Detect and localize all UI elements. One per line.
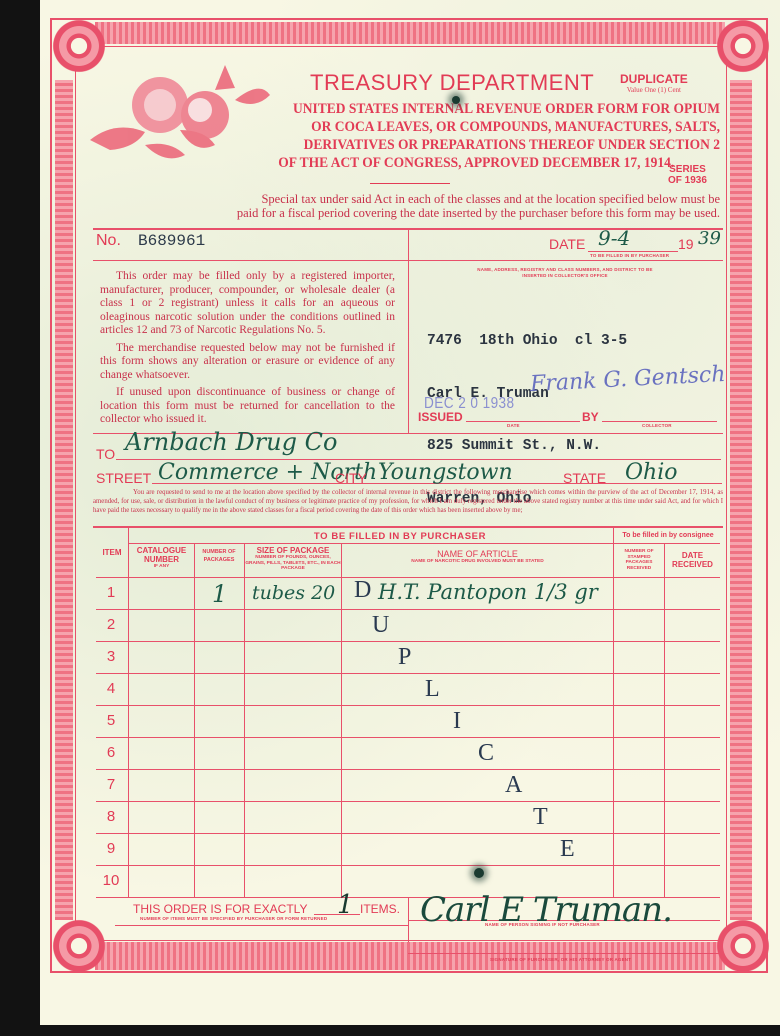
table-line [96, 641, 720, 642]
poppy-engraving-icon [85, 60, 275, 170]
duplicate-overprint-letter: D [354, 577, 371, 604]
table-line [96, 769, 720, 770]
table-line [96, 705, 720, 706]
row-number: 10 [96, 872, 126, 889]
year-field[interactable]: 39 [698, 228, 721, 249]
duplicate-overprint-letter: U [372, 612, 389, 639]
duplicate-overprint-letter: E [560, 836, 575, 863]
table-line [96, 833, 720, 834]
row-number: 9 [96, 840, 126, 857]
table-line [96, 801, 720, 802]
city-field[interactable]: Youngstown [378, 460, 513, 485]
table-line [244, 543, 245, 898]
request-text: You are requested to send to me at the l… [93, 489, 723, 514]
title-divider [370, 183, 450, 184]
table-line [128, 543, 613, 544]
divider [115, 925, 408, 926]
column-title: NAME OF ARTICLE [342, 550, 613, 559]
items-count-field[interactable]: 1 [337, 890, 354, 920]
divider [408, 228, 409, 433]
column-header-size: SIZE OF PACKAGENUMBER OF POUNDS, OUNCES,… [245, 546, 341, 572]
row-number: 6 [96, 744, 126, 761]
border-bottom-ornament [95, 942, 725, 970]
items-label: ITEMS. [360, 902, 400, 916]
duplicate-overprint-letter: A [505, 772, 522, 799]
column-subtitle: NAME OF NARCOTIC DRUG INVOLVED MUST BE S… [342, 559, 613, 565]
instruction-paragraph: If unused upon discontinuance of busines… [100, 386, 395, 427]
table-line [96, 609, 720, 610]
column-header-item: ITEM [96, 548, 128, 557]
column-title: ITEM [96, 548, 128, 557]
column-header-received: DATE RECEIVED [665, 551, 720, 569]
special-tax-line: Special tax under said Act in each of th… [90, 192, 720, 206]
column-title: CATALOGUE NUMBER [129, 546, 194, 564]
column-subtitle: NUMBER OF STAMPED PACKAGES RECEIVED [615, 549, 663, 571]
table-line [96, 673, 720, 674]
border-top-ornament [95, 22, 725, 44]
city-label: CITY [335, 470, 367, 486]
special-tax-note: Special tax under said Act in each of th… [90, 192, 720, 220]
row-number: 4 [96, 680, 126, 697]
duplicate-overprint-letter: C [478, 740, 494, 767]
duplicate-overprint-letter: P [398, 644, 411, 671]
instructions: This order may be filled only by a regis… [100, 270, 395, 431]
date-line [588, 251, 678, 252]
order-number-label: No. [96, 232, 121, 250]
issued-label: ISSUED [418, 410, 463, 424]
subtitle-line: OR COCA LEAVES, OR COMPOUNDS, MANUFACTUR… [274, 118, 720, 136]
corner-shell-ornament-icon [712, 915, 774, 977]
row-number: 3 [96, 648, 126, 665]
state-label: STATE [563, 470, 606, 486]
row-number: 8 [96, 808, 126, 825]
value-note: Value One (1) Cent [620, 86, 688, 94]
table-line [613, 528, 614, 898]
row-number: 1 [96, 584, 126, 601]
date-note: TO BE FILLED IN BY PURCHASER [590, 253, 669, 258]
registrant-note: NAME, ADDRESS, REGISTRY AND CLASS NUMBER… [450, 267, 680, 279]
row-number: 5 [96, 712, 126, 729]
duplicate-overprint-letter: I [453, 708, 461, 735]
special-tax-line: paid for a fiscal period covering the da… [90, 206, 720, 220]
consignee-section-header: To be filled in by consignee [613, 532, 723, 539]
subtitle-line: DERIVATIVES OR PREPARATIONS THEREOF UNDE… [274, 136, 720, 154]
table-line [664, 543, 665, 898]
packages-field[interactable]: 1 [212, 580, 227, 608]
registrant-street: 825 Summit St., N.W. [427, 438, 627, 456]
form-title: TREASURY DEPARTMENT [310, 70, 594, 96]
row-number: 7 [96, 776, 126, 793]
column-title: NUMBER OF PACKAGES [196, 548, 242, 564]
column-subtitle: NUMBER OF POUNDS, OUNCES, GRAINS, PILLS,… [245, 555, 341, 572]
date-label: DATE [549, 236, 585, 252]
column-title: DATE RECEIVED [665, 551, 720, 569]
street-label: STREET [96, 470, 151, 486]
table-line [613, 543, 720, 544]
instruction-paragraph: The merchandise requested below may not … [100, 342, 395, 383]
column-subtitle: IF ANY [129, 564, 194, 570]
table-line [128, 528, 129, 898]
registry-line: 7476 18th Ohio cl 3-5 [427, 333, 627, 351]
article-field[interactable]: H.T. Pantopon 1/3 gr [378, 580, 598, 604]
to-label: TO [96, 446, 115, 462]
table-line [194, 543, 195, 898]
exactly-note: NUMBER OF ITEMS MUST BE SPECIFIED BY PUR… [140, 916, 327, 921]
instruction-paragraph: This order may be filled only by a regis… [100, 270, 395, 338]
copy-type-block: DUPLICATE Value One (1) Cent [620, 72, 688, 94]
subtitle-line: OF THE ACT OF CONGRESS, APPROVED DECEMBE… [278, 154, 720, 172]
table-line [96, 737, 720, 738]
issued-date-caption: DATE [507, 423, 520, 428]
series-year: OF 1936 [668, 175, 707, 186]
duplicate-overprint-letter: T [533, 804, 548, 831]
signature-note: SIGNATURE OF PURCHASER, OR HIS ATTORNEY … [490, 957, 631, 962]
form-subtitle: UNITED STATES INTERNAL REVENUE ORDER FOR… [274, 100, 720, 172]
purchaser-section-header: TO BE FILLED IN BY PURCHASER [260, 531, 540, 542]
by-label: BY [582, 410, 599, 424]
date-field[interactable]: 9-4 [598, 226, 630, 250]
purchaser-signature[interactable]: Carl E Truman. [420, 890, 672, 930]
order-number: B689961 [138, 232, 205, 250]
border-left-ornament [55, 80, 73, 920]
registrant-note-line: INSERTED IN COLLECTOR'S OFFICE [450, 273, 680, 279]
corner-shell-ornament-icon [712, 15, 774, 77]
border-right-ornament [730, 80, 752, 920]
collector-caption: COLLECTOR [642, 423, 672, 428]
corner-shell-ornament-icon [48, 915, 110, 977]
table-line [96, 577, 720, 578]
subtitle-line: UNITED STATES INTERNAL REVENUE ORDER FOR… [274, 100, 720, 118]
table-line [341, 543, 342, 898]
request-statement: You are requested to send to me at the l… [93, 488, 723, 515]
signature-line [408, 953, 720, 954]
ink-blot [474, 868, 484, 878]
divider [93, 526, 723, 528]
column-header-catalogue: CATALOGUE NUMBERIF ANY [129, 546, 194, 570]
issued-line [466, 421, 580, 422]
state-field[interactable]: Ohio [625, 460, 678, 485]
series-line: SERIES [668, 164, 707, 175]
collector-line [602, 421, 717, 422]
duplicate-overprint-letter: L [425, 676, 440, 703]
series-label: SERIES OF 1936 [668, 164, 707, 186]
column-title: SIZE OF PACKAGE [245, 546, 341, 555]
table-line [96, 865, 720, 866]
copy-type: DUPLICATE [620, 72, 688, 86]
exactly-label: THIS ORDER IS FOR EXACTLY [133, 902, 307, 916]
row-number: 2 [96, 616, 126, 633]
column-header-article: NAME OF ARTICLENAME OF NARCOTIC DRUG INV… [342, 550, 613, 565]
column-header-packages: NUMBER OF PACKAGES [196, 548, 242, 564]
column-header-stamped: NUMBER OF STAMPED PACKAGES RECEIVED [615, 549, 663, 571]
to-field[interactable]: Arnbach Drug Co [125, 428, 337, 456]
ink-blot [452, 96, 460, 104]
year-prefix: 19 [678, 236, 694, 252]
size-field[interactable]: tubes 20 [252, 582, 335, 604]
